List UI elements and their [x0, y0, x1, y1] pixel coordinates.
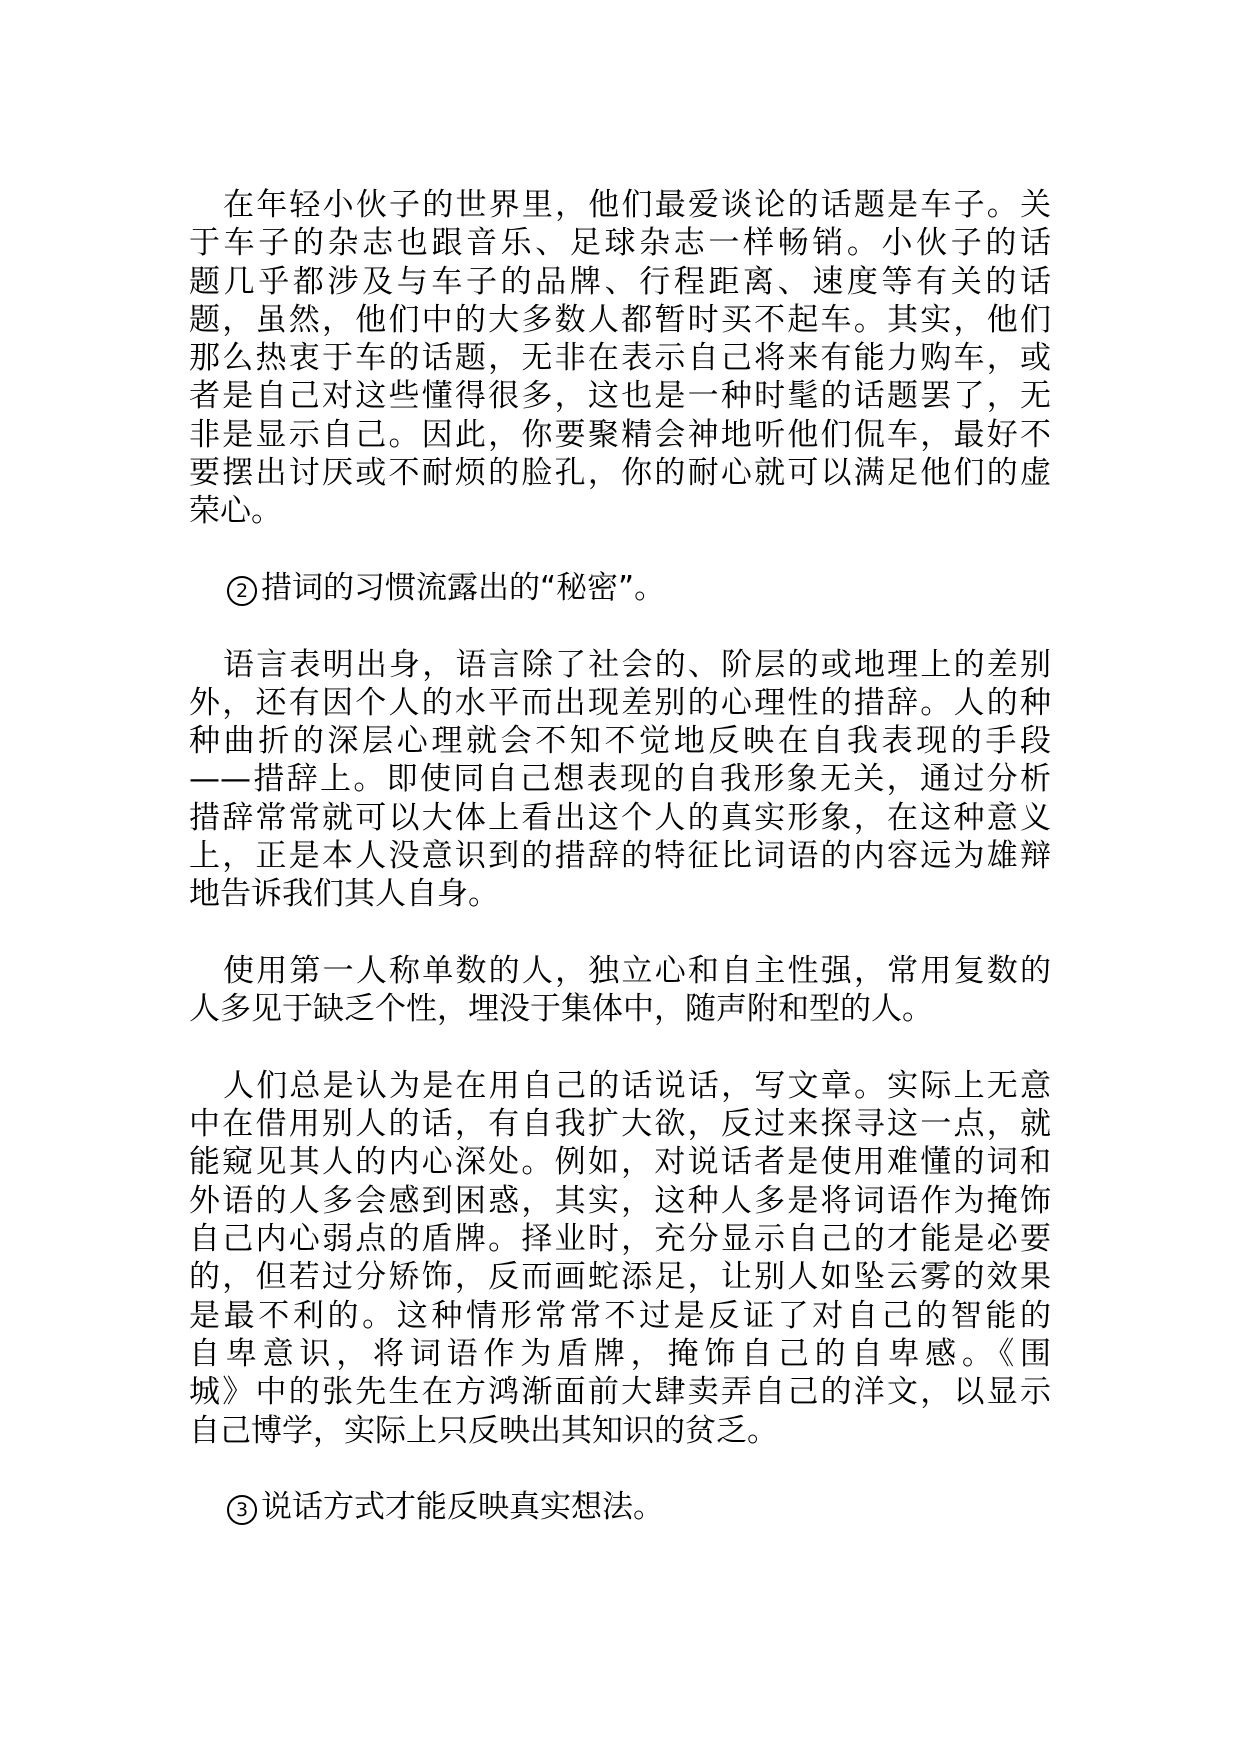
text-line: 上，正是本人没意识到的措辞的特征比词语的内容远为雄辩 [189, 837, 1051, 875]
text-line: 自卑意识，将词语作为盾牌，掩饰自己的自卑感。《围 [189, 1335, 1051, 1373]
text-line: 是最不利的。这种情形常常不过是反证了对自己的智能的 [189, 1297, 1051, 1335]
text-line: 题几乎都涉及与车子的品牌、行程距离、速度等有关的话 [189, 263, 1051, 301]
text-line: 措辞常常就可以大体上看出这个人的真实形象，在这种意义 [189, 799, 1051, 837]
paragraph-borrowed-words: 人们总是认为是在用自己的话说话，写文章。实际上无意 中在借用别人的话，有自我扩大… [189, 1067, 1051, 1450]
paragraph-cars: 在年轻小伙子的世界里，他们最爱谈论的话题是车子。关 于车子的杂志也跟音乐、足球杂… [189, 186, 1051, 531]
text-line: 外，还有因个人的水平而出现差别的心理性的措辞。人的种 [189, 684, 1051, 722]
text-line: 荣心。 [189, 492, 1051, 530]
text-line: 的，但若过分矫饰，反而画蛇添足，让别人如坠云雾的效果 [189, 1258, 1051, 1296]
paragraph-gap [189, 607, 1051, 645]
circled-number-3: 3 [227, 1495, 257, 1525]
section-heading-text: 措词的习惯流露出的“秘密”。 [261, 570, 665, 606]
text-line: 自己博学，实际上只反映出其知识的贫乏。 [189, 1412, 1051, 1450]
paragraph-gap [189, 531, 1051, 569]
text-line: 者是自己对这些懂得很多，这也是一种时髦的话题罢了，无 [189, 377, 1051, 415]
text-line: 于车子的杂志也跟音乐、足球杂志一样畅销。小伙子的话 [189, 224, 1051, 262]
text-line: ——措辞上。即使同自己想表现的自我形象无关，通过分析 [189, 760, 1051, 798]
text-line: 使用第一人称单数的人，独立心和自主性强，常用复数的 [189, 952, 1051, 990]
paragraph-gap [189, 1029, 1051, 1067]
text-line: 语言表明出身，语言除了社会的、阶层的或地理上的差别 [189, 646, 1051, 684]
text-line: 人们总是认为是在用自己的话说话，写文章。实际上无意 [189, 1067, 1051, 1105]
text-line: 外语的人多会感到困惑，其实，这种人多是将词语作为掩饰 [189, 1182, 1051, 1220]
text-line: 自己内心弱点的盾牌。择业时，充分显示自己的才能是必要 [189, 1220, 1051, 1258]
text-line: 题，虽然，他们中的大多数人都暂时买不起车。其实，他们 [189, 301, 1051, 339]
text-line: 城》中的张先生在方鸿渐面前大肆卖弄自己的洋文，以显示 [189, 1373, 1051, 1411]
section-heading-text: 说话方式才能反映真实想法。 [261, 1489, 664, 1525]
text-line: 那么热衷于车的话题，无非在表示自己将来有能力购车，或 [189, 339, 1051, 377]
text-line: 非是显示自己。因此，你要聚精会神地听他们侃车，最好不 [189, 416, 1051, 454]
circled-number-2: 2 [227, 576, 257, 606]
paragraph-first-person: 使用第一人称单数的人，独立心和自主性强，常用复数的 人多见于缺乏个性，埋没于集体… [189, 952, 1051, 1029]
paragraph-gap [189, 1450, 1051, 1488]
text-line: 要摆出讨厌或不耐烦的脸孔，你的耐心就可以满足他们的虚 [189, 454, 1051, 492]
section-heading-3: 3说话方式才能反映真实想法。 [189, 1488, 1051, 1526]
text-line: 人多见于缺乏个性，埋没于集体中，随声附和型的人。 [189, 990, 1051, 1028]
text-line: 能窥见其人的内心深处。例如，对说话者是使用难懂的词和 [189, 1143, 1051, 1181]
document-page: 在年轻小伙子的世界里，他们最爱谈论的话题是车子。关 于车子的杂志也跟音乐、足球杂… [189, 186, 1051, 1526]
text-line: 地告诉我们其人自身。 [189, 875, 1051, 913]
paragraph-gap [189, 914, 1051, 952]
text-line: 在年轻小伙子的世界里，他们最爱谈论的话题是车子。关 [189, 186, 1051, 224]
section-heading-2: 2措词的习惯流露出的“秘密”。 [189, 569, 1051, 607]
text-line: 种曲折的深层心理就会不知不觉地反映在自我表现的手段 [189, 722, 1051, 760]
paragraph-wording: 语言表明出身，语言除了社会的、阶层的或地理上的差别 外，还有因个人的水平而出现差… [189, 646, 1051, 914]
text-line: 中在借用别人的话，有自我扩大欲，反过来探寻这一点，就 [189, 1105, 1051, 1143]
